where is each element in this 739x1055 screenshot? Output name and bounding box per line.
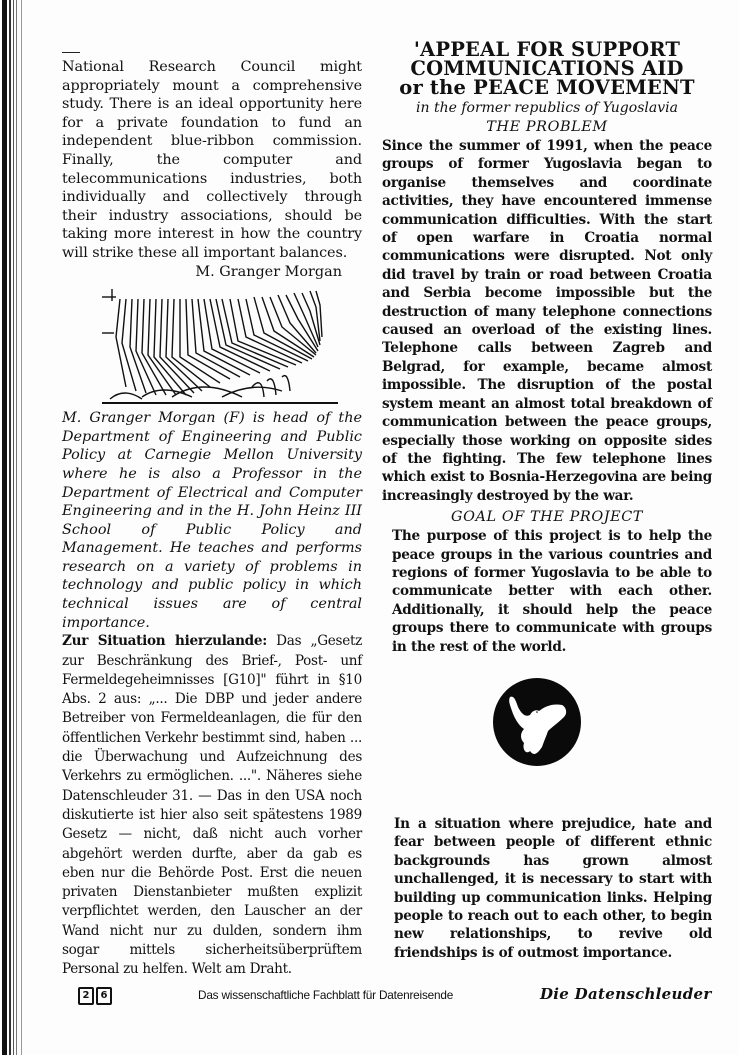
right-column: 'APPEAL FOR SUPPORT COMMUNICATIONS AID o… bbox=[382, 40, 712, 656]
peace-dove-icon bbox=[492, 677, 582, 767]
footer-tagline: Das wissenschaftliche Fachblatt für Date… bbox=[198, 988, 453, 1002]
closing-section: In a situation where prejudice, hate and… bbox=[394, 815, 712, 962]
subheadline: in the former republics of Yugoslavia bbox=[382, 99, 712, 117]
page-footer: 2 6 Das wissenschaftliche Fachblatt für … bbox=[78, 985, 718, 1007]
german-commentary: Zur Situation hierzulande: Das „Gesetz z… bbox=[62, 632, 362, 979]
section-title-problem: THE PROBLEM bbox=[382, 117, 712, 137]
page-number-digit: 6 bbox=[96, 987, 112, 1005]
closing-paragraph: In a situation where prejudice, hate and… bbox=[394, 815, 712, 962]
abstract-line-drawing-icon bbox=[102, 287, 342, 405]
page-number-digit: 2 bbox=[78, 987, 94, 1005]
goal-paragraph: The purpose of this project is to help t… bbox=[392, 527, 712, 656]
problem-paragraph: Since the summer of 1991, when the peace… bbox=[382, 137, 712, 505]
german-commentary-lead: Zur Situation hierzulande: bbox=[62, 633, 267, 649]
section-title-goal: GOAL OF THE PROJECT bbox=[382, 507, 712, 527]
left-column: National Research Council might appropri… bbox=[62, 58, 362, 980]
german-commentary-text: Das „Gesetz zur Beschränkung des Brief-,… bbox=[62, 633, 362, 977]
page-number: 2 6 bbox=[78, 987, 112, 1005]
author-signature: M. Granger Morgan bbox=[62, 263, 342, 282]
publication-name: Die Datenschleuder bbox=[540, 985, 712, 1003]
author-bio: M. Granger Morgan (F) is head of the Dep… bbox=[62, 409, 362, 632]
binding-edge bbox=[0, 0, 36, 1055]
top-rule bbox=[62, 52, 80, 53]
headline-line-3: or the PEACE MOVEMENT bbox=[382, 78, 712, 97]
intro-paragraph: National Research Council might appropri… bbox=[62, 58, 362, 263]
